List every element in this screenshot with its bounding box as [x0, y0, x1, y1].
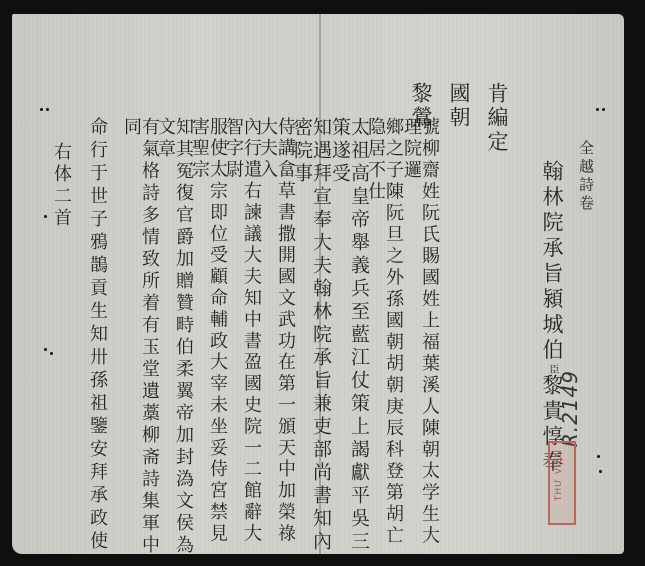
text-column: 有氣格詩多情致所着有玉堂遺藁柳斋詩集軍中同 [122, 117, 158, 566]
binding-hole [596, 108, 599, 111]
library-stamp: THƯ VIỆN [548, 441, 576, 525]
text-column: 知其冤復官爵加贈贊畤伯柔翼帝加封溈文侯為文章 [156, 117, 192, 566]
text-column: 內行遣右諫議大夫知中書盈國史院一二館辭大智字尉 [224, 117, 260, 566]
shelfmark: R.2149 [558, 370, 582, 447]
text-column: 服使太宗即位受顧命輔政大宰未坐妥侍宮禁見害聖宗 [190, 117, 226, 566]
collection-title: 全越詩卷 [578, 140, 593, 213]
binding-hole [46, 108, 49, 111]
binding-hole [40, 108, 43, 111]
binding-hole [50, 352, 53, 355]
text-column: 太祖高皇帝舉義兵至藍江仗策上謁獻平吳三策遂受 [330, 117, 368, 566]
binding-hole [599, 470, 602, 473]
text-column: 國朝 [448, 82, 469, 130]
text-column: 鄉之子陳阮旦之外孫國朝胡朝庚辰科登第胡亡隐居不仕 [366, 117, 402, 566]
text-column: 號柳齋姓阮氏賜國姓上福葉溪人陳朝太学生大理院邏 [402, 117, 438, 566]
binding-hole [602, 108, 605, 111]
text-column: 知遇拜宣奉大夫翰林院承旨兼吏部尚書知內密院事 [292, 117, 330, 566]
text-column: 侍講畣草書撒開國文武功在第一頒天中加榮祿大夫入 [258, 117, 294, 566]
text-column: 命行于世子鴉鵲貢生知卅孫祖鑒安拜承政使 [88, 117, 106, 554]
binding-hole [44, 215, 47, 218]
text-column: 肯編定 [486, 82, 507, 155]
section-note: 右体二首 [52, 142, 70, 230]
binding-hole [597, 455, 600, 458]
binding-hole [44, 348, 47, 351]
